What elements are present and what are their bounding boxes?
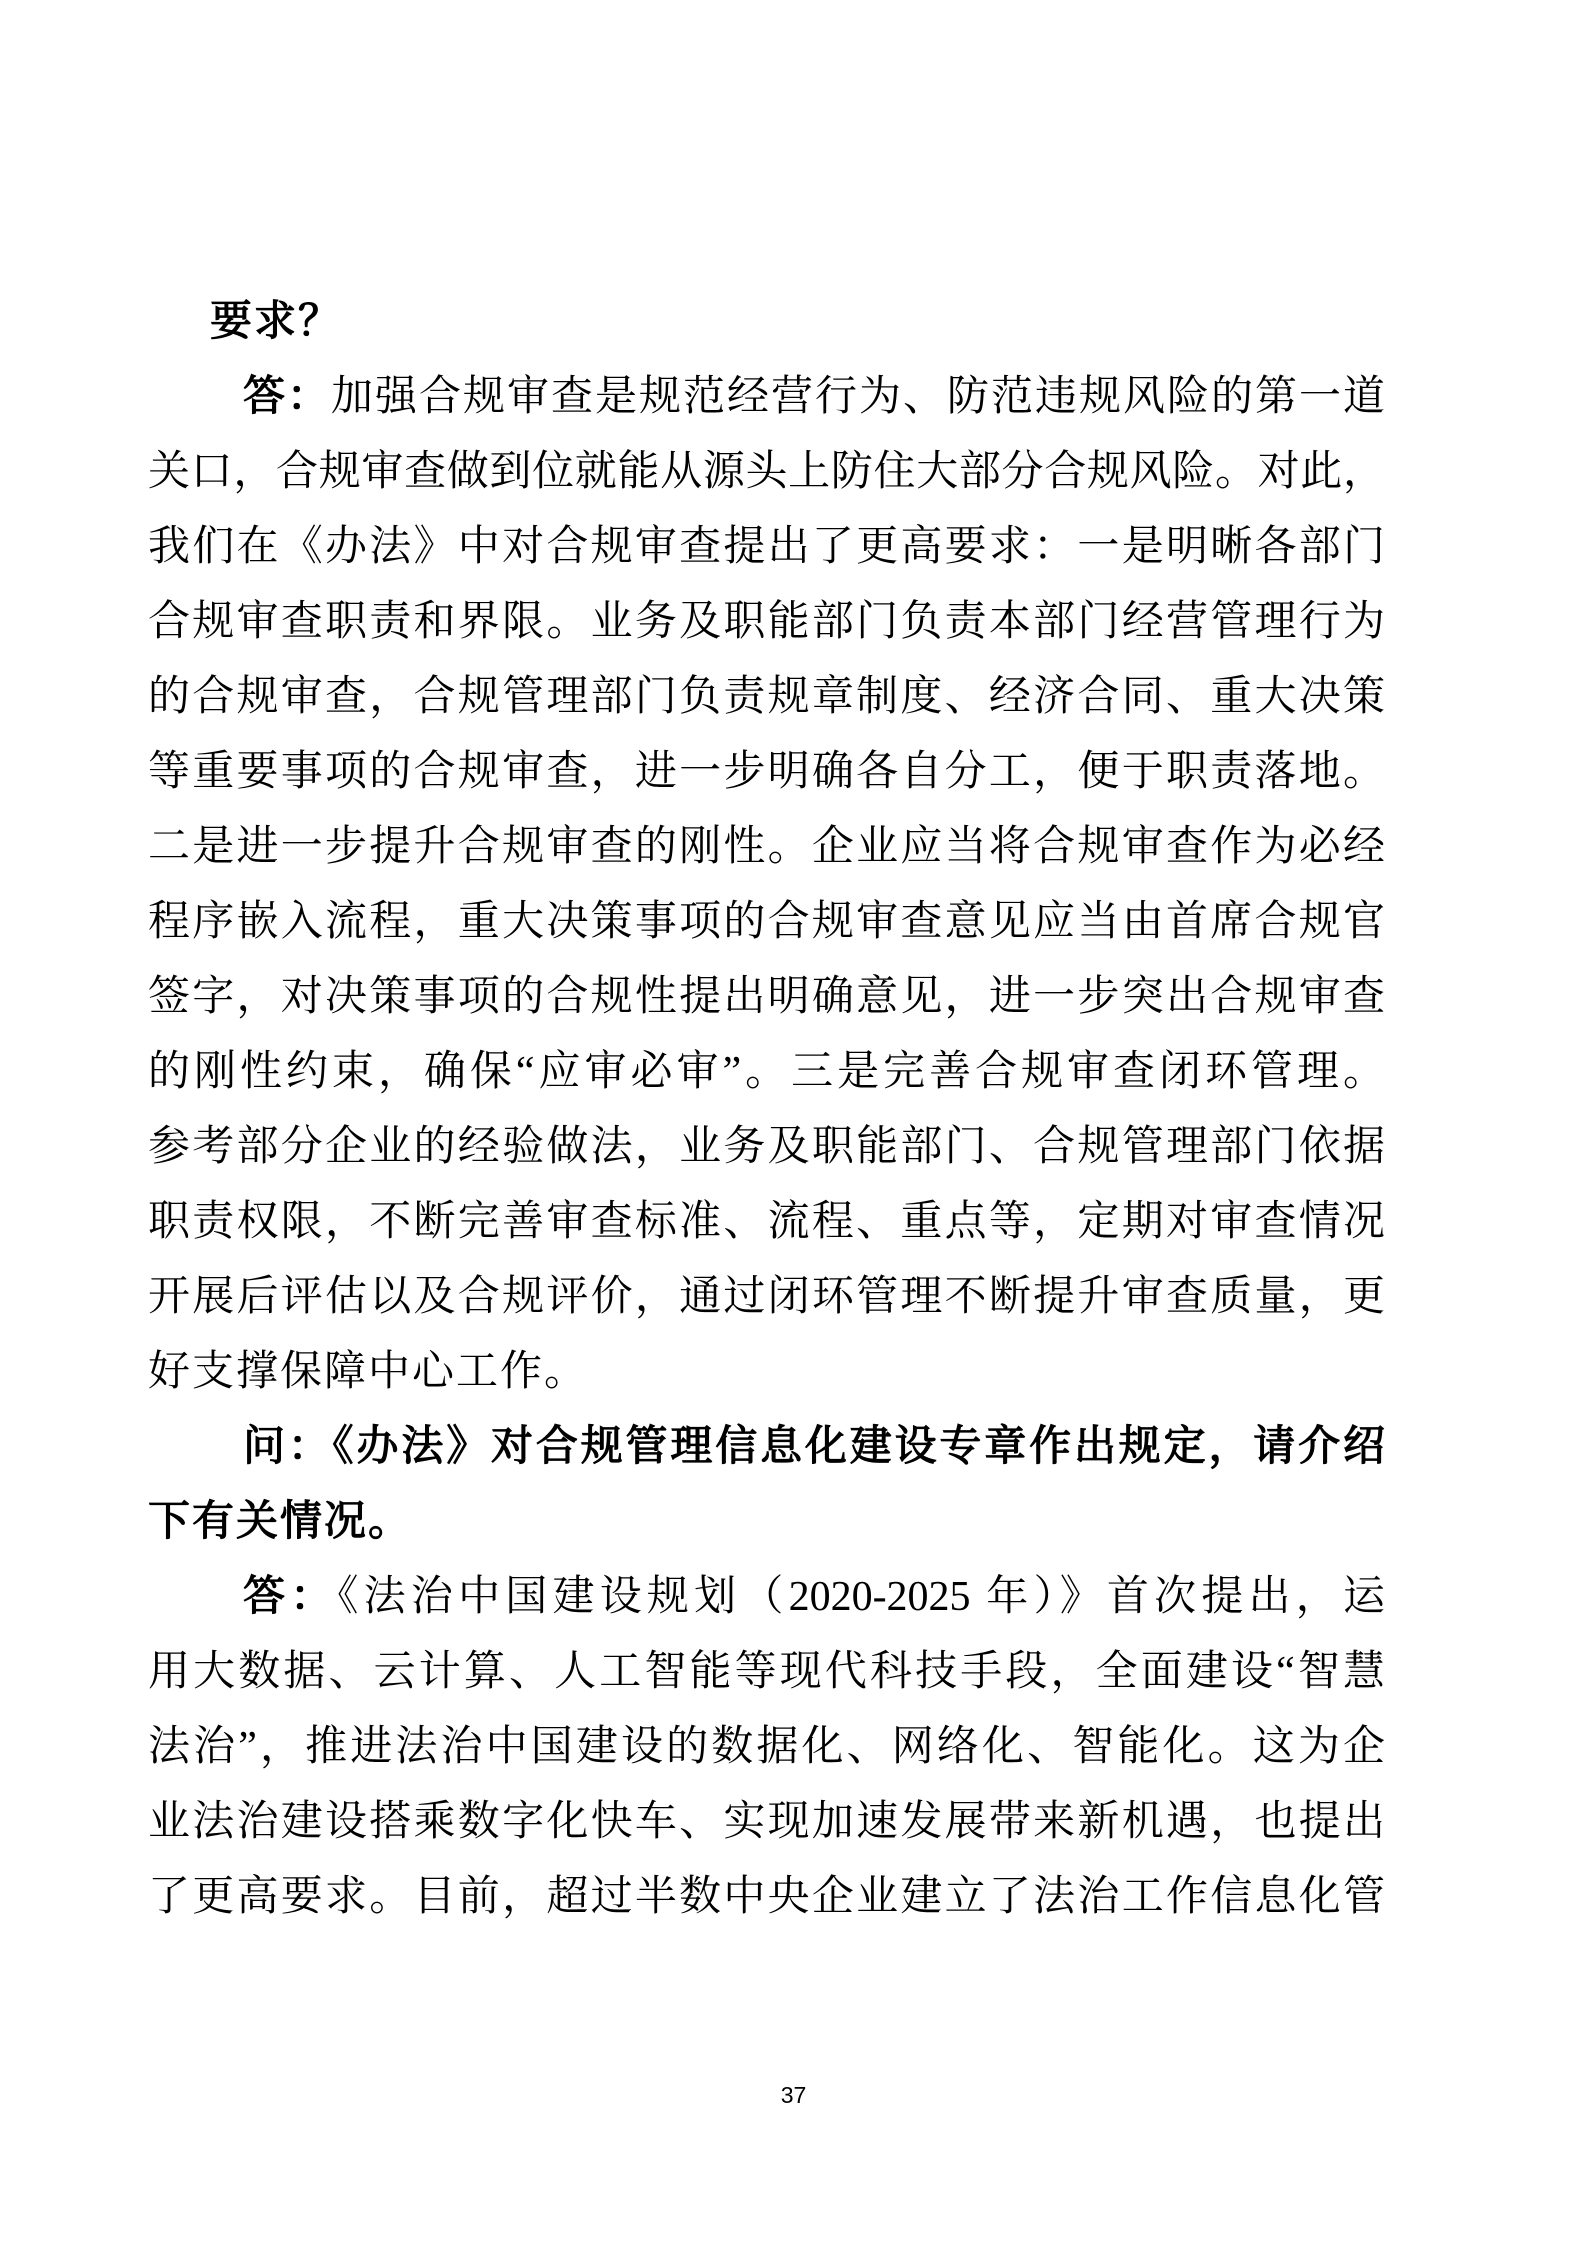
answer-label: 答： [243, 374, 331, 420]
body-line: 的合规审查，合规管理部门负责规章制度、经济合同、重大决策 [148, 660, 1385, 735]
document-body: 要求？ 答：加强合规审查是规范经营行为、防范违规风险的第一道 关口，合规审查做到… [148, 285, 1385, 1935]
question-line: 要求？ [148, 285, 1385, 360]
text-segment: 加强合规审查是规范经营行为、防范违规风险的第一道 [331, 374, 1385, 420]
answer-label: 答： [243, 1574, 337, 1620]
question-line: 下有关情况。 [148, 1485, 1385, 1560]
body-line: 职责权限，不断完善审查标准、流程、重点等，定期对审查情况 [148, 1185, 1385, 1260]
body-line: 二是进一步提升合规审查的刚性。企业应当将合规审查作为必经 [148, 810, 1385, 885]
text-segment: 《法治中国建设规划（2020-2025 年）》首次提出，运 [337, 1574, 1385, 1620]
body-line: 答：加强合规审查是规范经营行为、防范违规风险的第一道 [148, 360, 1385, 435]
body-line: 的刚性约束，确保“应审必审”。三是完善合规审查闭环管理。 [148, 1035, 1385, 1110]
body-line: 参考部分企业的经验做法，业务及职能部门、合规管理部门依据 [148, 1110, 1385, 1185]
question-line: 问：《办法》对合规管理信息化建设专章作出规定，请介绍 [148, 1410, 1385, 1485]
body-line: 程序嵌入流程，重大决策事项的合规审查意见应当由首席合规官 [148, 885, 1385, 960]
body-line: 答：《法治中国建设规划（2020-2025 年）》首次提出，运 [148, 1560, 1385, 1635]
body-line: 我们在《办法》中对合规审查提出了更高要求：一是明晰各部门 [148, 510, 1385, 585]
body-line: 签字，对决策事项的合规性提出明确意见，进一步突出合规审查 [148, 960, 1385, 1035]
body-line: 业法治建设搭乘数字化快车、实现加速发展带来新机遇，也提出 [148, 1785, 1385, 1860]
body-line: 用大数据、云计算、人工智能等现代科技手段，全面建设“智慧 [148, 1635, 1385, 1710]
body-line: 好支撑保障中心工作。 [148, 1335, 1385, 1410]
body-line: 关口，合规审查做到位就能从源头上防住大部分合规风险。对此， [148, 435, 1385, 510]
body-line: 法治”，推进法治中国建设的数据化、网络化、智能化。这为企 [148, 1710, 1385, 1785]
body-line: 开展后评估以及合规评价，通过闭环管理不断提升审查质量，更 [148, 1260, 1385, 1335]
body-line: 等重要事项的合规审查，进一步明确各自分工，便于职责落地。 [148, 735, 1385, 810]
body-line: 了更高要求。目前，超过半数中央企业建立了法治工作信息化管 [148, 1860, 1385, 1935]
page-number: 37 [0, 2082, 1587, 2109]
body-line: 合规审查职责和界限。业务及职能部门负责本部门经营管理行为 [148, 585, 1385, 660]
document-page: 要求？ 答：加强合规审查是规范经营行为、防范违规风险的第一道 关口，合规审查做到… [0, 0, 1587, 2245]
